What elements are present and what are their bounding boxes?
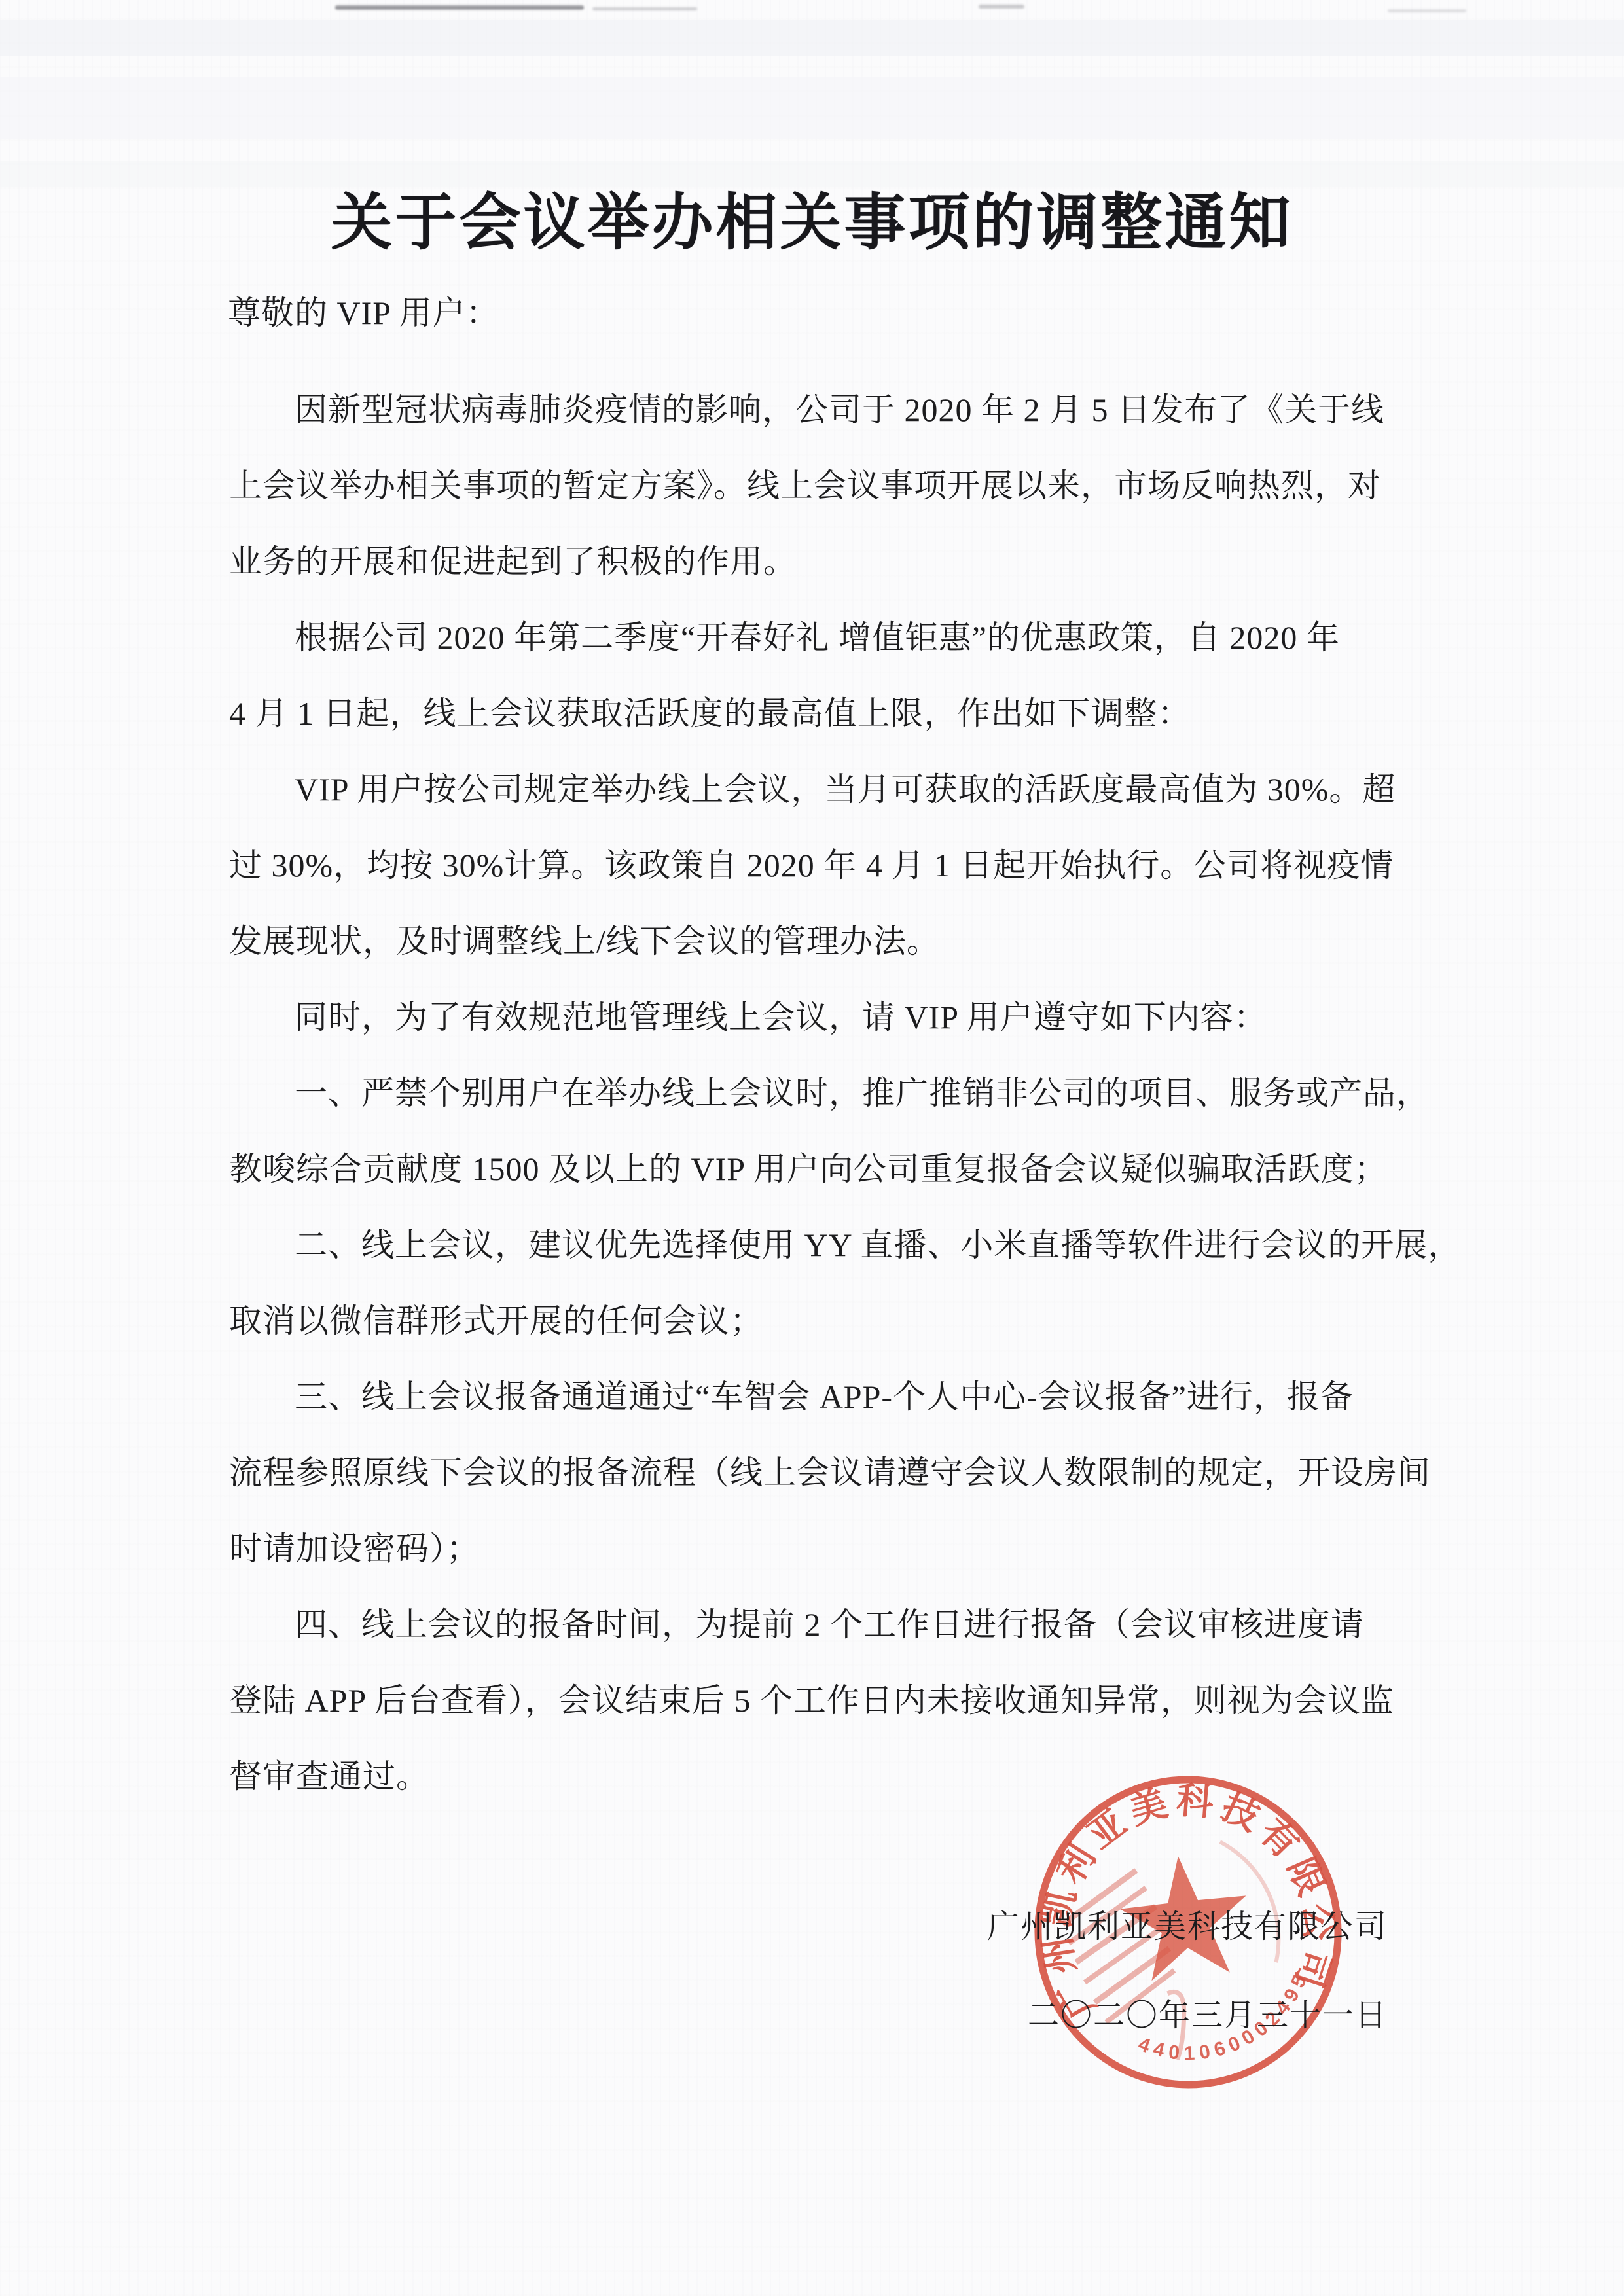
body-line: VIP 用户按公司规定举办线上会议，当月可获取的活跃度最高值为 30%。超 <box>229 751 1393 827</box>
body-line: 一、严禁个别用户在举办线上会议时，推广推销非公司的项目、服务或产品， <box>229 1055 1393 1131</box>
signature-company: 广州凯利亚美科技有限公司 <box>987 1909 1388 1945</box>
scan-artifact-band <box>0 20 1624 56</box>
scanned-notice-page: 关于会议举办相关事项的调整通知 尊敬的 VIP 用户： 因新型冠状病毒肺炎疫情的… <box>0 0 1624 2296</box>
signature-date: 二〇二〇年三月三十一日 <box>1028 1998 1388 2034</box>
body-line: 上会议举办相关事项的暂定方案》。线上会议事项开展以来，市场反响热烈，对 <box>229 448 1393 524</box>
body-line: 取消以微信群形式开展的任何会议； <box>229 1283 1393 1359</box>
scan-artifact-band <box>0 77 1624 139</box>
body-line: 登陆 APP 后台查看），会议结束后 5 个工作日内未接收通知异常，则视为会议监 <box>229 1662 1393 1738</box>
notice-body: 因新型冠状病毒肺炎疫情的影响，公司于 2020 年 2 月 5 日发布了《关于线… <box>229 372 1393 1814</box>
body-line: 三、线上会议报备通道通过“车智会 APP-个人中心-会议报备”进行，报备 <box>229 1359 1393 1435</box>
body-line: 流程参照原线下会议的报备流程（线上会议请遵守会议人数限制的规定，开设房间 <box>229 1435 1393 1511</box>
scan-edge-smudge <box>1388 9 1466 12</box>
body-line: 四、线上会议的报备时间，为提前 2 个工作日进行报备（会议审核进度请 <box>229 1587 1393 1662</box>
scan-edge-smudge <box>335 5 584 10</box>
body-line: 时请加设密码）； <box>229 1511 1393 1587</box>
body-line: 教唆综合贡献度 1500 及以上的 VIP 用户向公司重复报备会议疑似骗取活跃度… <box>229 1131 1393 1207</box>
body-line: 发展现状，及时调整线上/线下会议的管理办法。 <box>229 903 1393 979</box>
body-line: 同时，为了有效规范地管理线上会议，请 VIP 用户遵守如下内容： <box>229 979 1393 1055</box>
body-line: 4 月 1 日起，线上会议获取活跃度的最高值上限，作出如下调整： <box>229 675 1393 751</box>
body-line: 因新型冠状病毒肺炎疫情的影响，公司于 2020 年 2 月 5 日发布了《关于线 <box>229 372 1393 448</box>
salutation: 尊敬的 VIP 用户： <box>228 295 499 331</box>
body-line: 二、线上会议，建议优先选择使用 YY 直播、小米直播等软件进行会议的开展， <box>229 1207 1393 1283</box>
scan-edge-smudge <box>979 5 1024 9</box>
body-line: 业务的开展和促进起到了积极的作用。 <box>229 524 1393 600</box>
scan-edge-smudge <box>592 7 697 10</box>
page-title: 关于会议举办相关事项的调整通知 <box>0 187 1624 259</box>
scan-artifact-band <box>0 161 1624 187</box>
body-line: 根据公司 2020 年第二季度“开春好礼 增值钜惠”的优惠政策，自 2020 年 <box>229 600 1393 675</box>
body-line: 过 30%，均按 30%计算。该政策自 2020 年 4 月 1 日起开始执行。… <box>229 827 1393 903</box>
